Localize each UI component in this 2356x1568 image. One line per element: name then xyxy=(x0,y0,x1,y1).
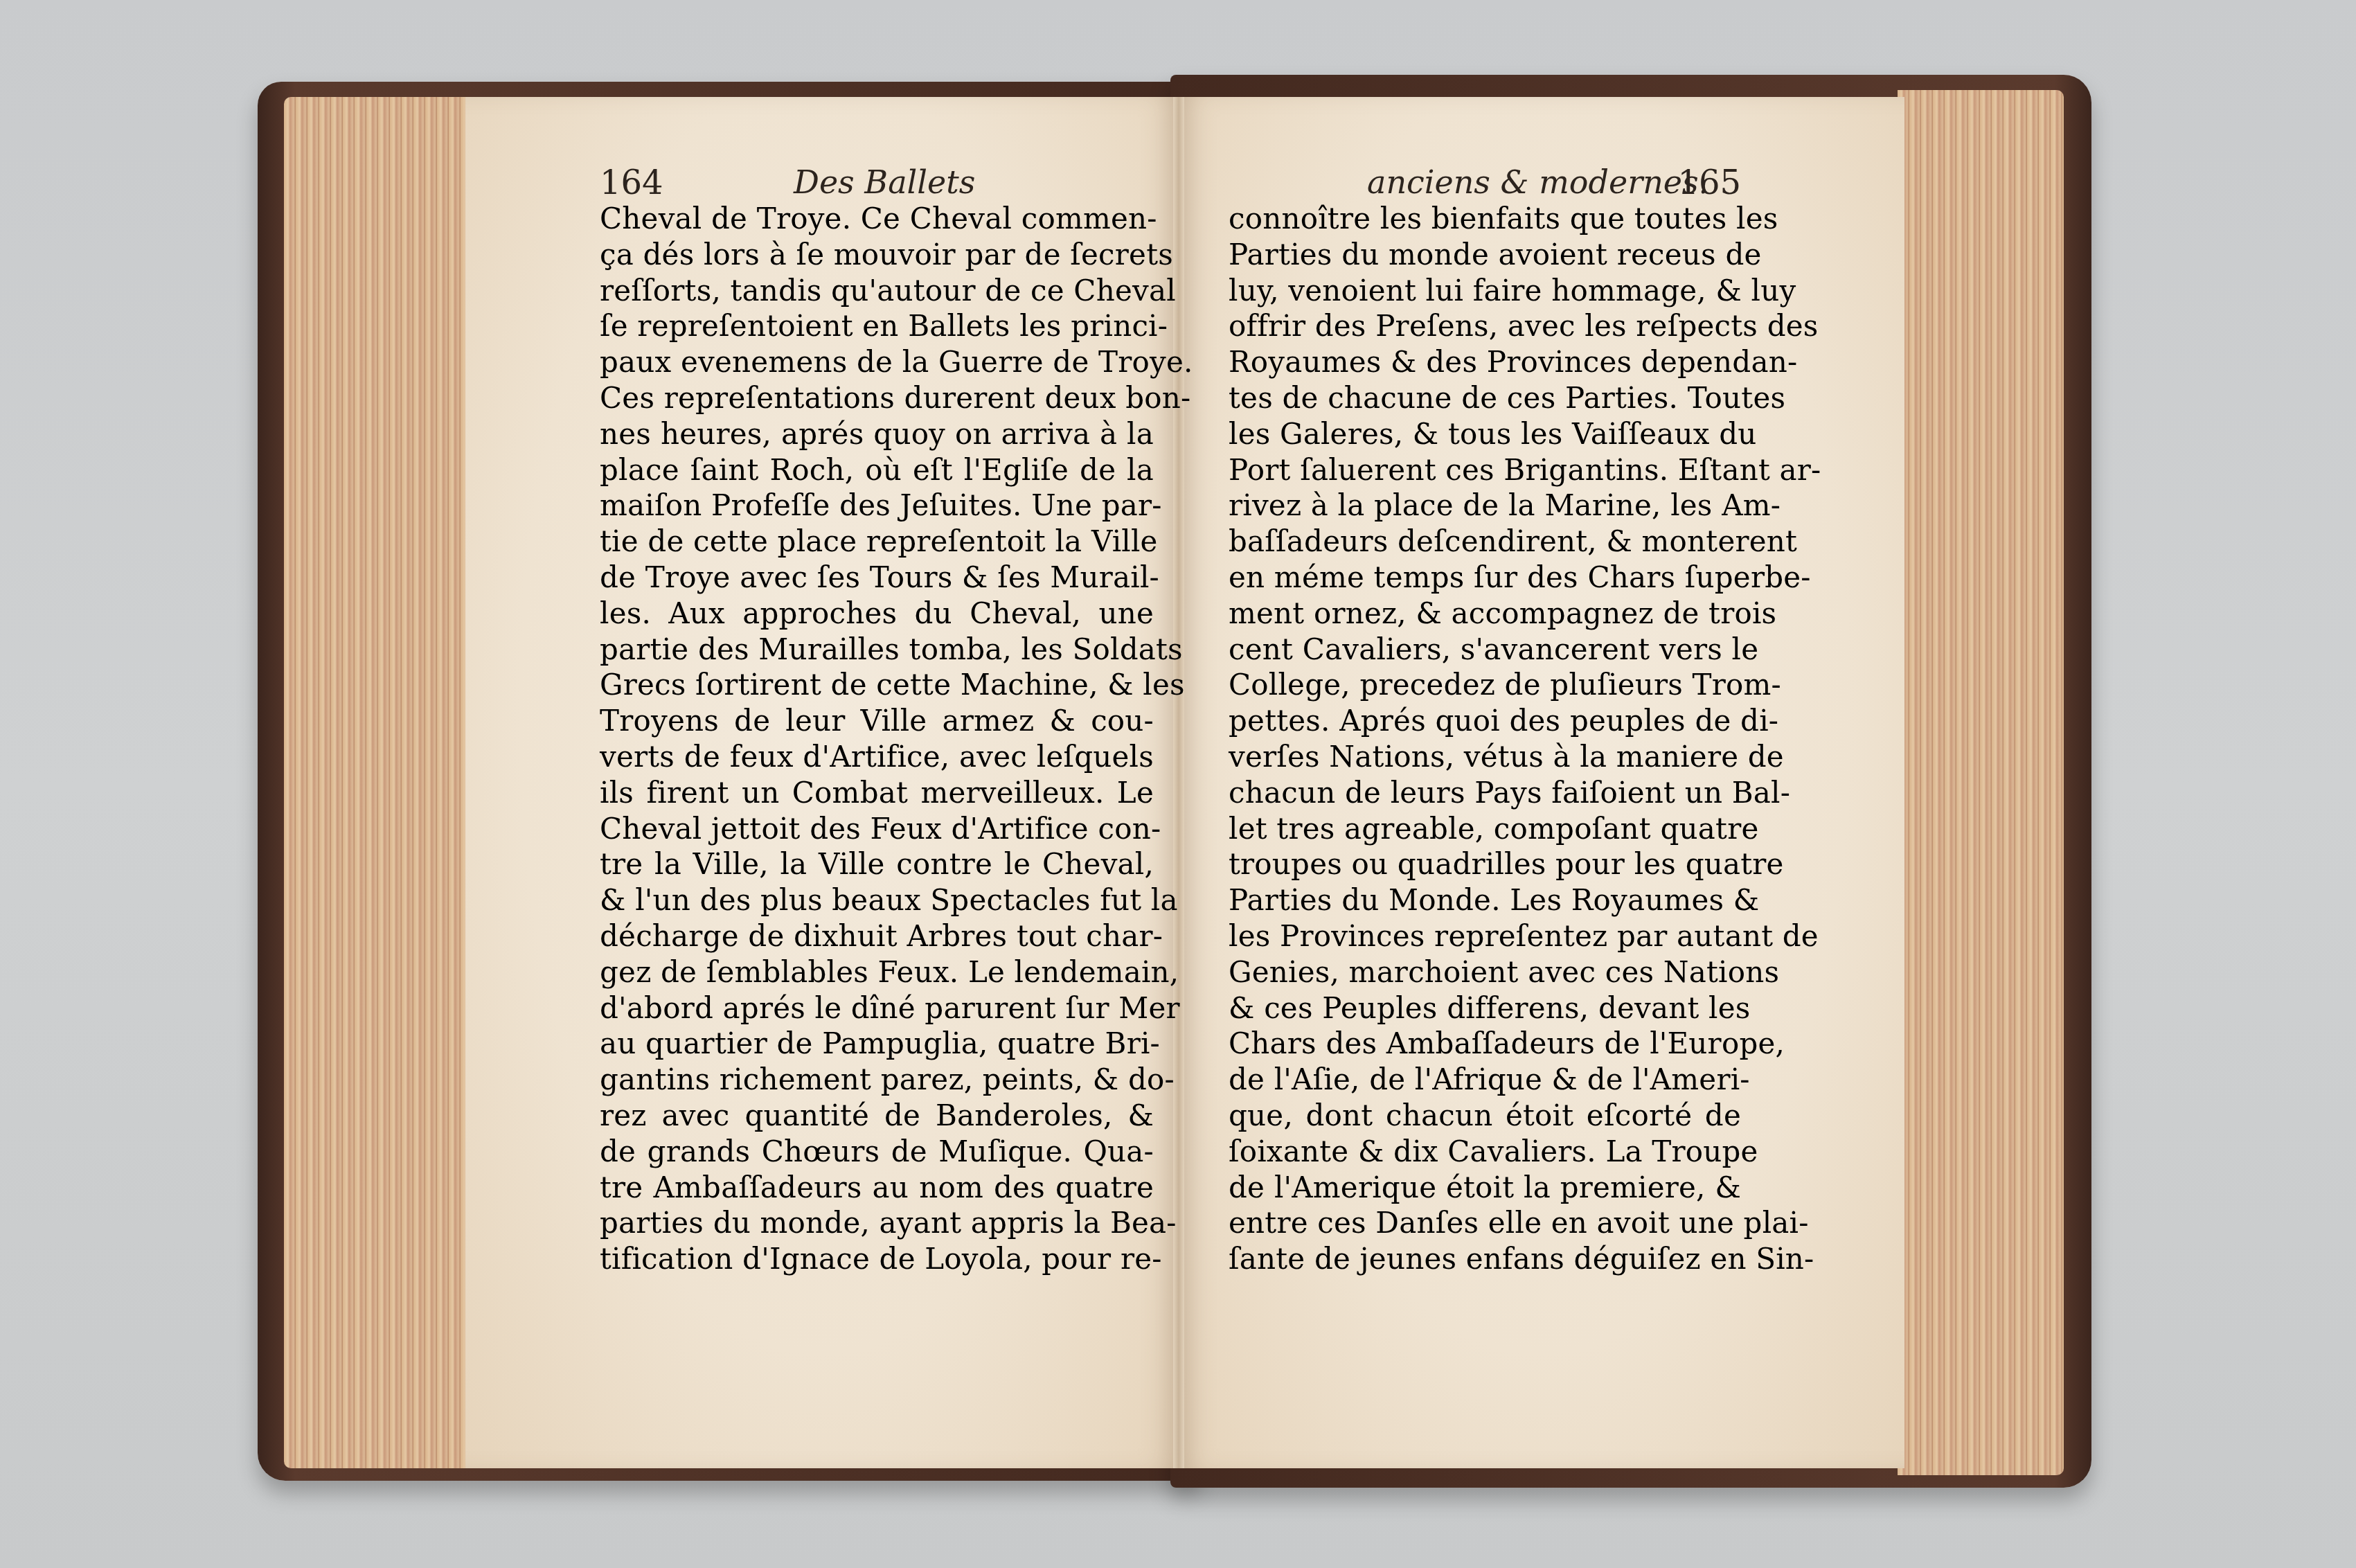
text-line: ils firent un Combat merveilleux. Le xyxy=(600,775,1154,811)
text-line: d'abord aprés le dîné parurent ſur Mer xyxy=(600,990,1154,1026)
text-line: ça dés lors à ſe mouvoir par de ſecrets xyxy=(600,237,1154,273)
text-line: Genies, marchoient avec ces Nations xyxy=(1229,954,1741,990)
text-line: tification d'Ignace de Loyola, pour re- xyxy=(600,1241,1154,1277)
text-line: partie des Murailles tomba, les Soldats xyxy=(600,632,1154,668)
text-line: de l'Aſie, de l'Afrique & de l'Ameri- xyxy=(1229,1062,1741,1098)
text-line: Troyens de leur Ville armez & cou- xyxy=(600,703,1154,739)
text-line: tie de cette place repreſentoit la Ville xyxy=(600,524,1154,560)
text-line: tre la Ville, la Ville contre le Cheval, xyxy=(600,846,1154,882)
text-line: entre ces Danſes elle en avoit une plai- xyxy=(1229,1205,1741,1241)
text-line: chacun de leurs Pays faiſoient un Bal- xyxy=(1229,775,1741,811)
running-head: anciens & modernes. xyxy=(1367,163,1708,201)
text-line: Grecs ſortirent de cette Machine, & les xyxy=(600,667,1154,703)
text-line: de grands Chœurs de Muſique. Qua- xyxy=(600,1134,1154,1170)
left-page-header: 164 Des Ballets xyxy=(600,163,1154,205)
text-line: baſſadeurs deſcendirent, & monterent xyxy=(1229,524,1741,560)
text-line: parties du monde, ayant appris la Bea- xyxy=(600,1205,1154,1241)
left-page-body: Cheval de Troye. Ce Cheval commen- ça dé… xyxy=(600,201,1154,1277)
text-line: & l'un des plus beaux Spectacles fut la xyxy=(600,882,1154,918)
text-line: paux evenemens de la Guerre de Troye. xyxy=(600,344,1154,380)
text-line: de l'Amerique étoit la premiere, & xyxy=(1229,1170,1741,1206)
text-line: rez avec quantité de Banderoles, & xyxy=(600,1098,1154,1134)
text-line: reſſorts, tandis qu'autour de ce Cheval xyxy=(600,273,1154,309)
text-line: verts de feux d'Artifice, avec leſquels xyxy=(600,739,1154,775)
text-line: place ſaint Roch, où eſt l'Egliſe de la xyxy=(600,452,1154,488)
page-fore-edges-right xyxy=(1898,90,2064,1475)
text-line: & ces Peuples differens, devant les xyxy=(1229,990,1741,1026)
text-line: Ces repreſentations durerent deux bon- xyxy=(600,380,1154,416)
text-line: gez de ſemblables Feux. Le lendemain, xyxy=(600,954,1154,990)
text-line: ment ornez, & accompagnez de trois xyxy=(1229,596,1741,632)
text-line: connoître les bienfaits que toutes les xyxy=(1229,201,1741,237)
text-line: rivez à la place de la Marine, les Am- xyxy=(1229,488,1741,524)
text-line: Cheval jettoit des Feux d'Artifice con- xyxy=(600,811,1154,847)
page-number: 165 xyxy=(1677,163,1741,202)
text-line: Chars des Ambaſſadeurs de l'Europe, xyxy=(1229,1026,1741,1062)
right-page-body: connoître les bienfaits que toutes les P… xyxy=(1229,201,1741,1277)
text-line: pettes. Aprés quoi des peuples de di- xyxy=(1229,703,1741,739)
text-line: au quartier de Pampuglia, quatre Bri- xyxy=(600,1026,1154,1062)
text-line: tre Ambaſſadeurs au nom des quatre xyxy=(600,1170,1154,1206)
text-line: let tres agreable, compoſant quatre xyxy=(1229,811,1741,847)
text-line: ſoixante & dix Cavaliers. La Troupe xyxy=(1229,1134,1741,1170)
text-line: que, dont chacun étoit eſcorté de xyxy=(1229,1098,1741,1134)
text-line: Port ſaluerent ces Brigantins. Eſtant ar… xyxy=(1229,452,1741,488)
text-line: cent Cavaliers, s'avancerent vers le xyxy=(1229,632,1741,668)
text-line: offrir des Preſens, avec les reſpects de… xyxy=(1229,308,1741,344)
text-line: de Troye avec ſes Tours & ſes Murail- xyxy=(600,560,1154,596)
text-line: décharge de dixhuit Arbres tout char- xyxy=(600,918,1154,954)
text-line: Cheval de Troye. Ce Cheval commen- xyxy=(600,201,1154,237)
running-head: Des Ballets xyxy=(794,163,975,201)
text-line: verſes Nations, vétus à la maniere de xyxy=(1229,739,1741,775)
text-line: ſante de jeunes enfans déguiſez en Sin- xyxy=(1229,1241,1741,1277)
text-line: troupes ou quadrilles pour les quatre xyxy=(1229,846,1741,882)
text-line: Parties du Monde. Les Royaumes & xyxy=(1229,882,1741,918)
text-line: les Provinces repreſentez par autant de xyxy=(1229,918,1741,954)
text-line: tes de chacune de ces Parties. Toutes xyxy=(1229,380,1741,416)
text-line: College, precedez de pluſieurs Trom- xyxy=(1229,667,1741,703)
page-number: 164 xyxy=(600,163,663,202)
text-line: gantins richement parez, peints, & do- xyxy=(600,1062,1154,1098)
text-line: Parties du monde avoient receus de xyxy=(1229,237,1741,273)
text-line: Royaumes & des Provinces dependan- xyxy=(1229,344,1741,380)
text-line: luy, venoient lui faire hommage, & luy xyxy=(1229,273,1741,309)
text-line: ſe repreſentoient en Ballets les princi- xyxy=(600,308,1154,344)
text-line: les. Aux approches du Cheval, une xyxy=(600,596,1154,632)
page-fore-edges-left xyxy=(284,97,471,1468)
right-page-header: anciens & modernes. 165 xyxy=(1229,163,1741,205)
text-line: nes heures, aprés quoy on arriva à la xyxy=(600,416,1154,452)
text-line: en méme temps ſur des Chars ſuperbe- xyxy=(1229,560,1741,596)
text-line: les Galeres, & tous les Vaiſſeaux du xyxy=(1229,416,1741,452)
text-line: maiſon Profeſſe des Jeſuites. Une par- xyxy=(600,488,1154,524)
